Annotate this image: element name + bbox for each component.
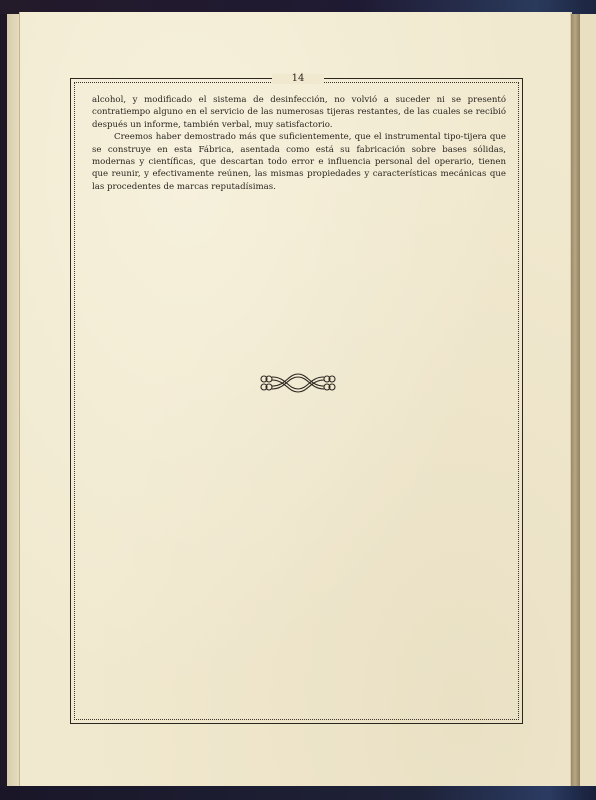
page-number: 14	[272, 73, 324, 84]
interlaced-knot-ornament-icon	[258, 372, 338, 394]
paragraph-1: alcohol, y modificado el sistema de desi…	[92, 94, 506, 131]
scan-background-bottom	[0, 786, 596, 800]
paragraph-2: Creemos haber demostrado más que suficie…	[92, 131, 506, 193]
body-text: alcohol, y modificado el sistema de desi…	[92, 94, 506, 193]
facing-page-edge	[580, 14, 596, 786]
